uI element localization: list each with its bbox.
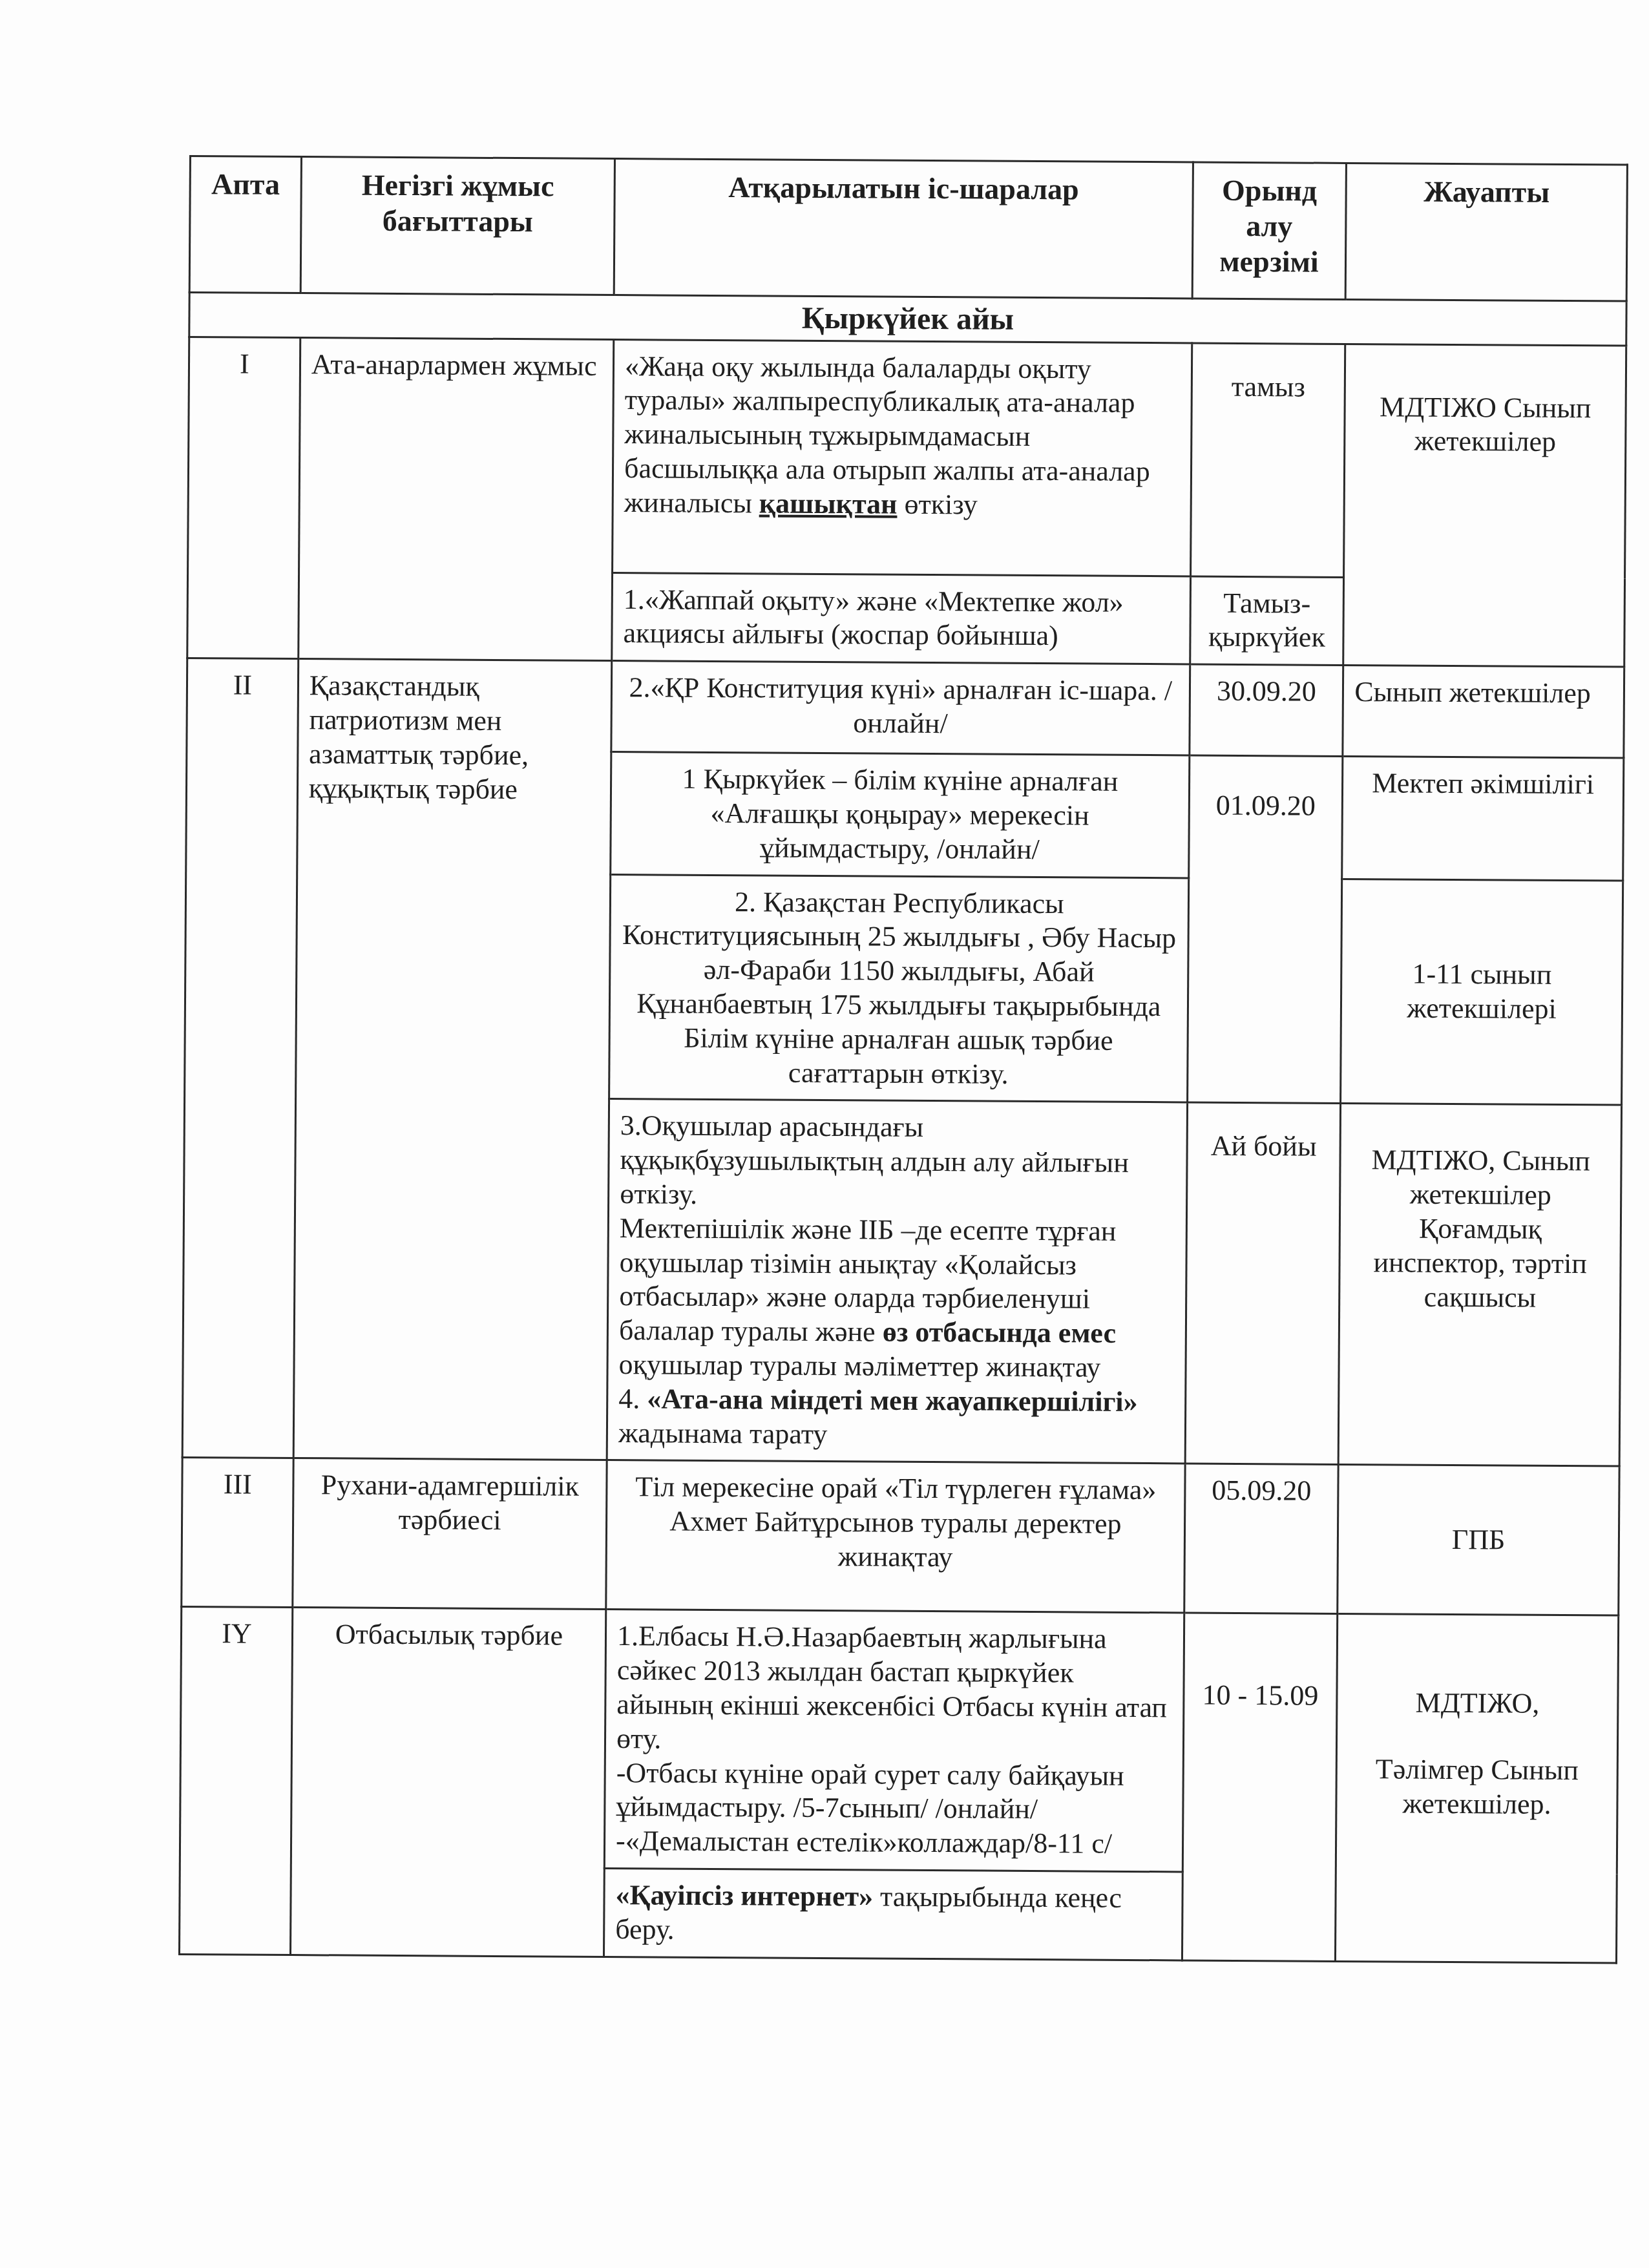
responsible-cell: МДТІЖО, Сынып жетекшілер Қоғамдық инспек…	[1338, 1104, 1621, 1467]
activity-cell: Тіл мерекесіне орай «Тіл түрлеген ғұлама…	[606, 1460, 1185, 1613]
responsible-cell: МДТІЖО Сынып жетекшілер	[1343, 344, 1626, 667]
header-deadline: Орынд алу мерзімі	[1192, 162, 1347, 299]
week-number: II	[182, 658, 298, 1458]
deadline-cell: 05.09.20	[1184, 1464, 1338, 1613]
activity-cell: 1 Қыркүйек – білім күніне арналған «Алға…	[611, 752, 1190, 878]
deadline-cell: тамыз	[1190, 343, 1345, 577]
table-row: III Рухани-адамгершілік тәрбиесі Тіл мер…	[182, 1458, 1619, 1616]
header-week: Апта	[189, 156, 301, 293]
header-direction: Негізгі жұмыс бағыттары	[300, 157, 615, 295]
direction-cell: Қазақстандық патриотизм мен азаматтық тә…	[293, 659, 612, 1460]
scanned-page: Апта Негізгі жұмыс бағыттары Атқарылатын…	[0, 0, 1649, 2268]
week-number: I	[187, 337, 300, 659]
deadline-cell: 10 - 15.09	[1182, 1613, 1338, 1961]
responsible-cell: Мектеп әкімшілігі	[1342, 757, 1624, 881]
deadline-cell: 01.09.20	[1187, 755, 1343, 1104]
activity-cell: 1.«Жаппай оқыту» және «Мектепке жол» акц…	[612, 572, 1190, 664]
deadline-cell: Тамыз-қыркүйек	[1190, 576, 1343, 666]
week-number: III	[182, 1458, 293, 1608]
table-header-row: Апта Негізгі жұмыс бағыттары Атқарылатын…	[189, 156, 1627, 302]
responsible-cell: 1-11 сынып жетекшілері	[1341, 879, 1623, 1105]
deadline-cell: 30.09.20	[1190, 664, 1343, 756]
responsible-cell: ГПБ	[1338, 1465, 1619, 1616]
week-number: IY	[179, 1607, 292, 1955]
table-row: I Ата-анарлармен жұмыс «Жаңа оқу жылында…	[188, 337, 1626, 579]
direction-cell: Ата-анарлармен жұмыс	[299, 337, 614, 661]
responsible-cell: МДТІЖО, Тәлімгер Сынып жетекшілер.	[1336, 1614, 1619, 1963]
activity-cell: 2. Қазақстан Республикасы Конституциясын…	[609, 874, 1189, 1102]
direction-cell: Отбасылық тәрбие	[290, 1608, 606, 1957]
activity-cell: 3.Оқушылар арасындағы құқықбұзушылықтың …	[607, 1099, 1187, 1464]
activity-cell: 1.Елбасы Н.Ә.Назарбаевтың жарлығына сәйк…	[604, 1610, 1184, 1872]
header-activities: Атқарылатын іс-шаралар	[614, 159, 1193, 299]
work-plan-table: Апта Негізгі жұмыс бағыттары Атқарылатын…	[178, 155, 1628, 1964]
activity-cell: «Жаңа оқу жылында балаларды оқыту туралы…	[613, 339, 1192, 576]
table-row: IY Отбасылық тәрбие 1.Елбасы Н.Ә.Назарба…	[180, 1607, 1618, 1874]
deadline-cell: Ай бойы	[1185, 1102, 1341, 1464]
header-responsible: Жауапты	[1345, 163, 1627, 301]
activity-cell: «Қауіпсіз интернет» тақырыбында кеңес бе…	[604, 1868, 1182, 1960]
activity-cell: 2.«ҚР Конституция күні» арналған іс-шара…	[611, 661, 1190, 755]
responsible-cell: Сынып жетекшілер	[1343, 666, 1624, 759]
direction-cell: Рухани-адамгершілік тәрбиесі	[293, 1458, 607, 1610]
table-row: II Қазақстандық патриотизм мен азаматтық…	[187, 658, 1624, 759]
